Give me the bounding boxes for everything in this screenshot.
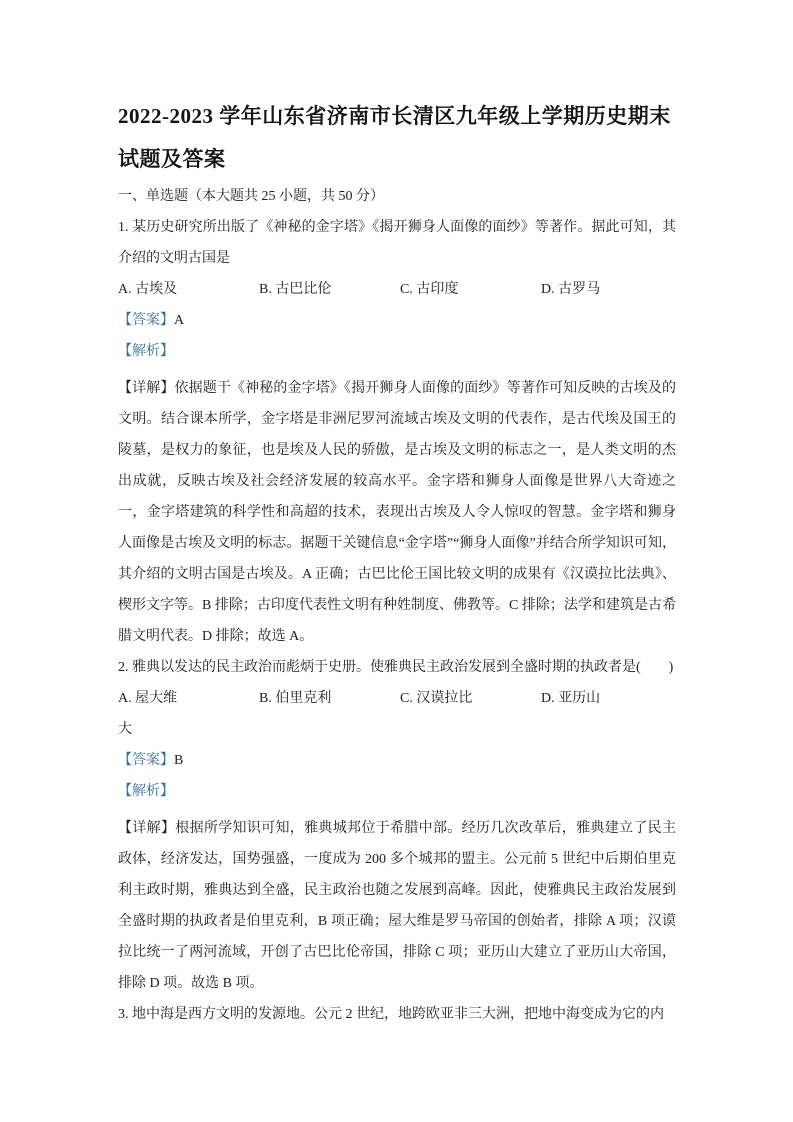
question-1-option-b: B. 古巴比伦 [259, 274, 400, 305]
document-page: 2022-2023 学年山东省济南市长清区九年级上学期历史期末 试题及答案 一、… [0, 0, 793, 1122]
question-2-answer-line: 【答案】B [118, 745, 676, 776]
question-2-option-d-wrap: 大 [118, 714, 676, 745]
analysis-label: 【解析】 [118, 784, 174, 799]
question-3-stem: 3. 地中海是西方文明的发源地。公元 2 世纪，地跨欧亚非三大洲，把地中海变成为… [118, 999, 676, 1030]
question-2-options: A. 屋大维 B. 伯里克利 C. 汉谟拉比 D. 亚历山 [118, 683, 676, 714]
question-1-answer-line: 【答案】A [118, 305, 676, 336]
question-1-option-d: D. 古罗马 [541, 274, 600, 305]
answer-label: 【答案】 [118, 313, 174, 328]
analysis-label: 【解析】 [118, 344, 174, 359]
question-2-option-c: C. 汉谟拉比 [400, 683, 541, 714]
question-2-analysis-line: 【解析】 [118, 776, 676, 807]
question-1-analysis-line: 【解析】 [118, 336, 676, 367]
question-1-option-a: A. 古埃及 [118, 274, 259, 305]
document-title: 2022-2023 学年山东省济南市长清区九年级上学期历史期末 试题及答案 [118, 95, 676, 181]
section-heading: 一、单选题（本大题共 25 小题，共 50 分） [118, 181, 676, 212]
question-1-detail: 【详解】依据题干《神秘的金字塔》《揭开狮身人面像的面纱》等著作可知反映的古埃及的… [118, 373, 676, 652]
question-2-stem: 2. 雅典以发达的民主政治而彪炳于史册。使雅典民主政治发展到全盛时期的执政者是(… [118, 652, 676, 683]
title-line-2: 试题及答案 [118, 138, 676, 181]
answer-value: B [174, 753, 183, 768]
answer-value: A [174, 313, 184, 328]
title-line-1: 2022-2023 学年山东省济南市长清区九年级上学期历史期末 [118, 95, 676, 138]
question-2-option-b: B. 伯里克利 [259, 683, 400, 714]
question-1-option-c: C. 古印度 [400, 274, 541, 305]
question-2-option-d: D. 亚历山 [541, 683, 600, 714]
question-1-stem: 1. 某历史研究所出版了《神秘的金字塔》《揭开狮身人面像的面纱》等著作。据此可知… [118, 212, 676, 274]
question-2-detail: 【详解】根据所学知识可知，雅典城邦位于希腊中部。经历几次改革后，雅典建立了民主政… [118, 813, 676, 999]
question-1-options: A. 古埃及 B. 古巴比伦 C. 古印度 D. 古罗马 [118, 274, 676, 305]
answer-label: 【答案】 [118, 753, 174, 768]
question-2-option-a: A. 屋大维 [118, 683, 259, 714]
